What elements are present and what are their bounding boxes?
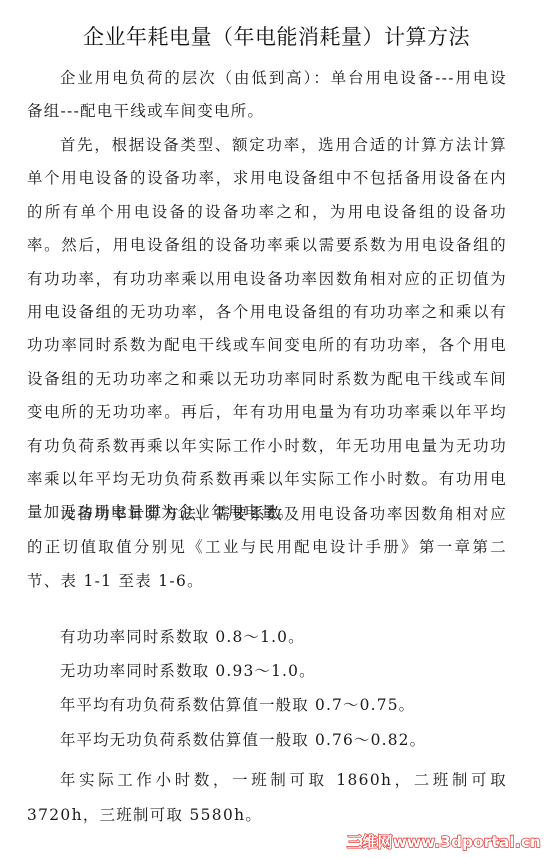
paragraph-load-hierarchy: 企业用电负荷的层次（由低到高）：单台用电设备---用电设备组---配电干线或车间… bbox=[27, 62, 507, 129]
paragraph-working-hours: 年实际工作小时数，一班制可取 1860h，二班制可取 3720h，三班制可取 5… bbox=[27, 763, 507, 833]
coefficient-active-load: 年平均有功负荷系数估算值一般取 0.7～0.75。 bbox=[60, 694, 415, 716]
paragraph-reference-handbook: 设备功率计算方法、需要系数及用电设备功率因数角相对应的正切值取值分别见《工业与民… bbox=[27, 498, 507, 598]
paragraph-calculation-method: 首先，根据设备类型、额定功率，选用合适的计算方法计算单个用电设备的设备功率，求用… bbox=[27, 129, 507, 530]
site-watermark: 三维网www.3dportal.cn bbox=[347, 831, 541, 852]
coefficient-reactive-simultaneity: 无功功率同时系数取 0.93～1.0。 bbox=[60, 660, 316, 682]
coefficient-active-simultaneity: 有功功率同时系数取 0.8～1.0。 bbox=[60, 626, 305, 648]
document-page: 企业年耗电量（年电能消耗量）计算方法 企业用电负荷的层次（由低到高）：单台用电设… bbox=[0, 0, 553, 858]
document-title: 企业年耗电量（年电能消耗量）计算方法 bbox=[0, 23, 553, 51]
coefficient-reactive-load: 年平均无功负荷系数估算值一般取 0.76～0.82。 bbox=[60, 729, 426, 751]
